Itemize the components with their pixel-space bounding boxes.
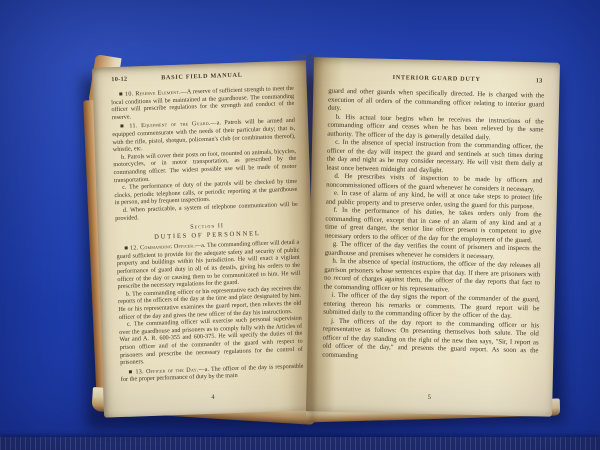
- photo-background: 10-12 BASIC FIELD MANUAL ■ 10. Reserve E…: [0, 0, 600, 450]
- paragraph: h. In the absence of special instruction…: [324, 258, 541, 297]
- paragraph-text: j. The officers of the day report to the…: [322, 317, 539, 359]
- left-page-text-area: 10-12 BASIC FIELD MANUAL ■ 10. Reserve E…: [110, 70, 304, 404]
- paragraph: j. The officers of the day report to the…: [322, 317, 539, 364]
- page-number: 5: [321, 392, 537, 404]
- open-book: 10-12 BASIC FIELD MANUAL ■ 10. Reserve E…: [0, 0, 600, 450]
- paragraph-text: h. In the absence of special instruction…: [324, 258, 541, 293]
- page-number: 4: [121, 391, 304, 404]
- paragraph: ■ 12. Commanding Officer.—a. The command…: [116, 239, 300, 291]
- paragraph-text: c. The commanding officer will exercise …: [119, 315, 303, 366]
- paragraph-text: f. In the performance of his duties, he …: [325, 207, 542, 244]
- paragraph-text: i. The officer of the day signs the repo…: [323, 292, 539, 320]
- right-page-text-area: INTERIOR GUARD DUTY 13 guard and other g…: [321, 73, 544, 404]
- left-page-header: 10-12 BASIC FIELD MANUAL: [110, 70, 293, 86]
- right-page: INTERIOR GUARD DUTY 13 guard and other g…: [306, 57, 560, 416]
- paragraph-range: 10-12: [111, 76, 127, 84]
- paragraph: c. The commanding officer will exercise …: [119, 315, 303, 367]
- paragraph-text: c. In the absence of special instruction…: [326, 139, 543, 174]
- paragraph-text: guard and other guards when specifically…: [328, 88, 544, 112]
- right-page-header: INTERIOR GUARD DUTY 13: [328, 73, 544, 88]
- running-title: BASIC FIELD MANUAL: [110, 70, 293, 83]
- paragraph-text: b. His actual tour begins when he receiv…: [327, 113, 543, 141]
- paragraph: c. In the absence of special instruction…: [326, 139, 543, 178]
- left-page: 10-12 BASIC FIELD MANUAL ■ 10. Reserve E…: [92, 60, 318, 417]
- paragraph: f. In the performance of his duties, he …: [325, 207, 542, 246]
- paragraph: ■ 10. Reserve Element.—A reserve of suff…: [111, 85, 295, 122]
- paragraph-range: 13: [536, 77, 543, 84]
- running-title: INTERIOR GUARD DUTY: [329, 73, 545, 85]
